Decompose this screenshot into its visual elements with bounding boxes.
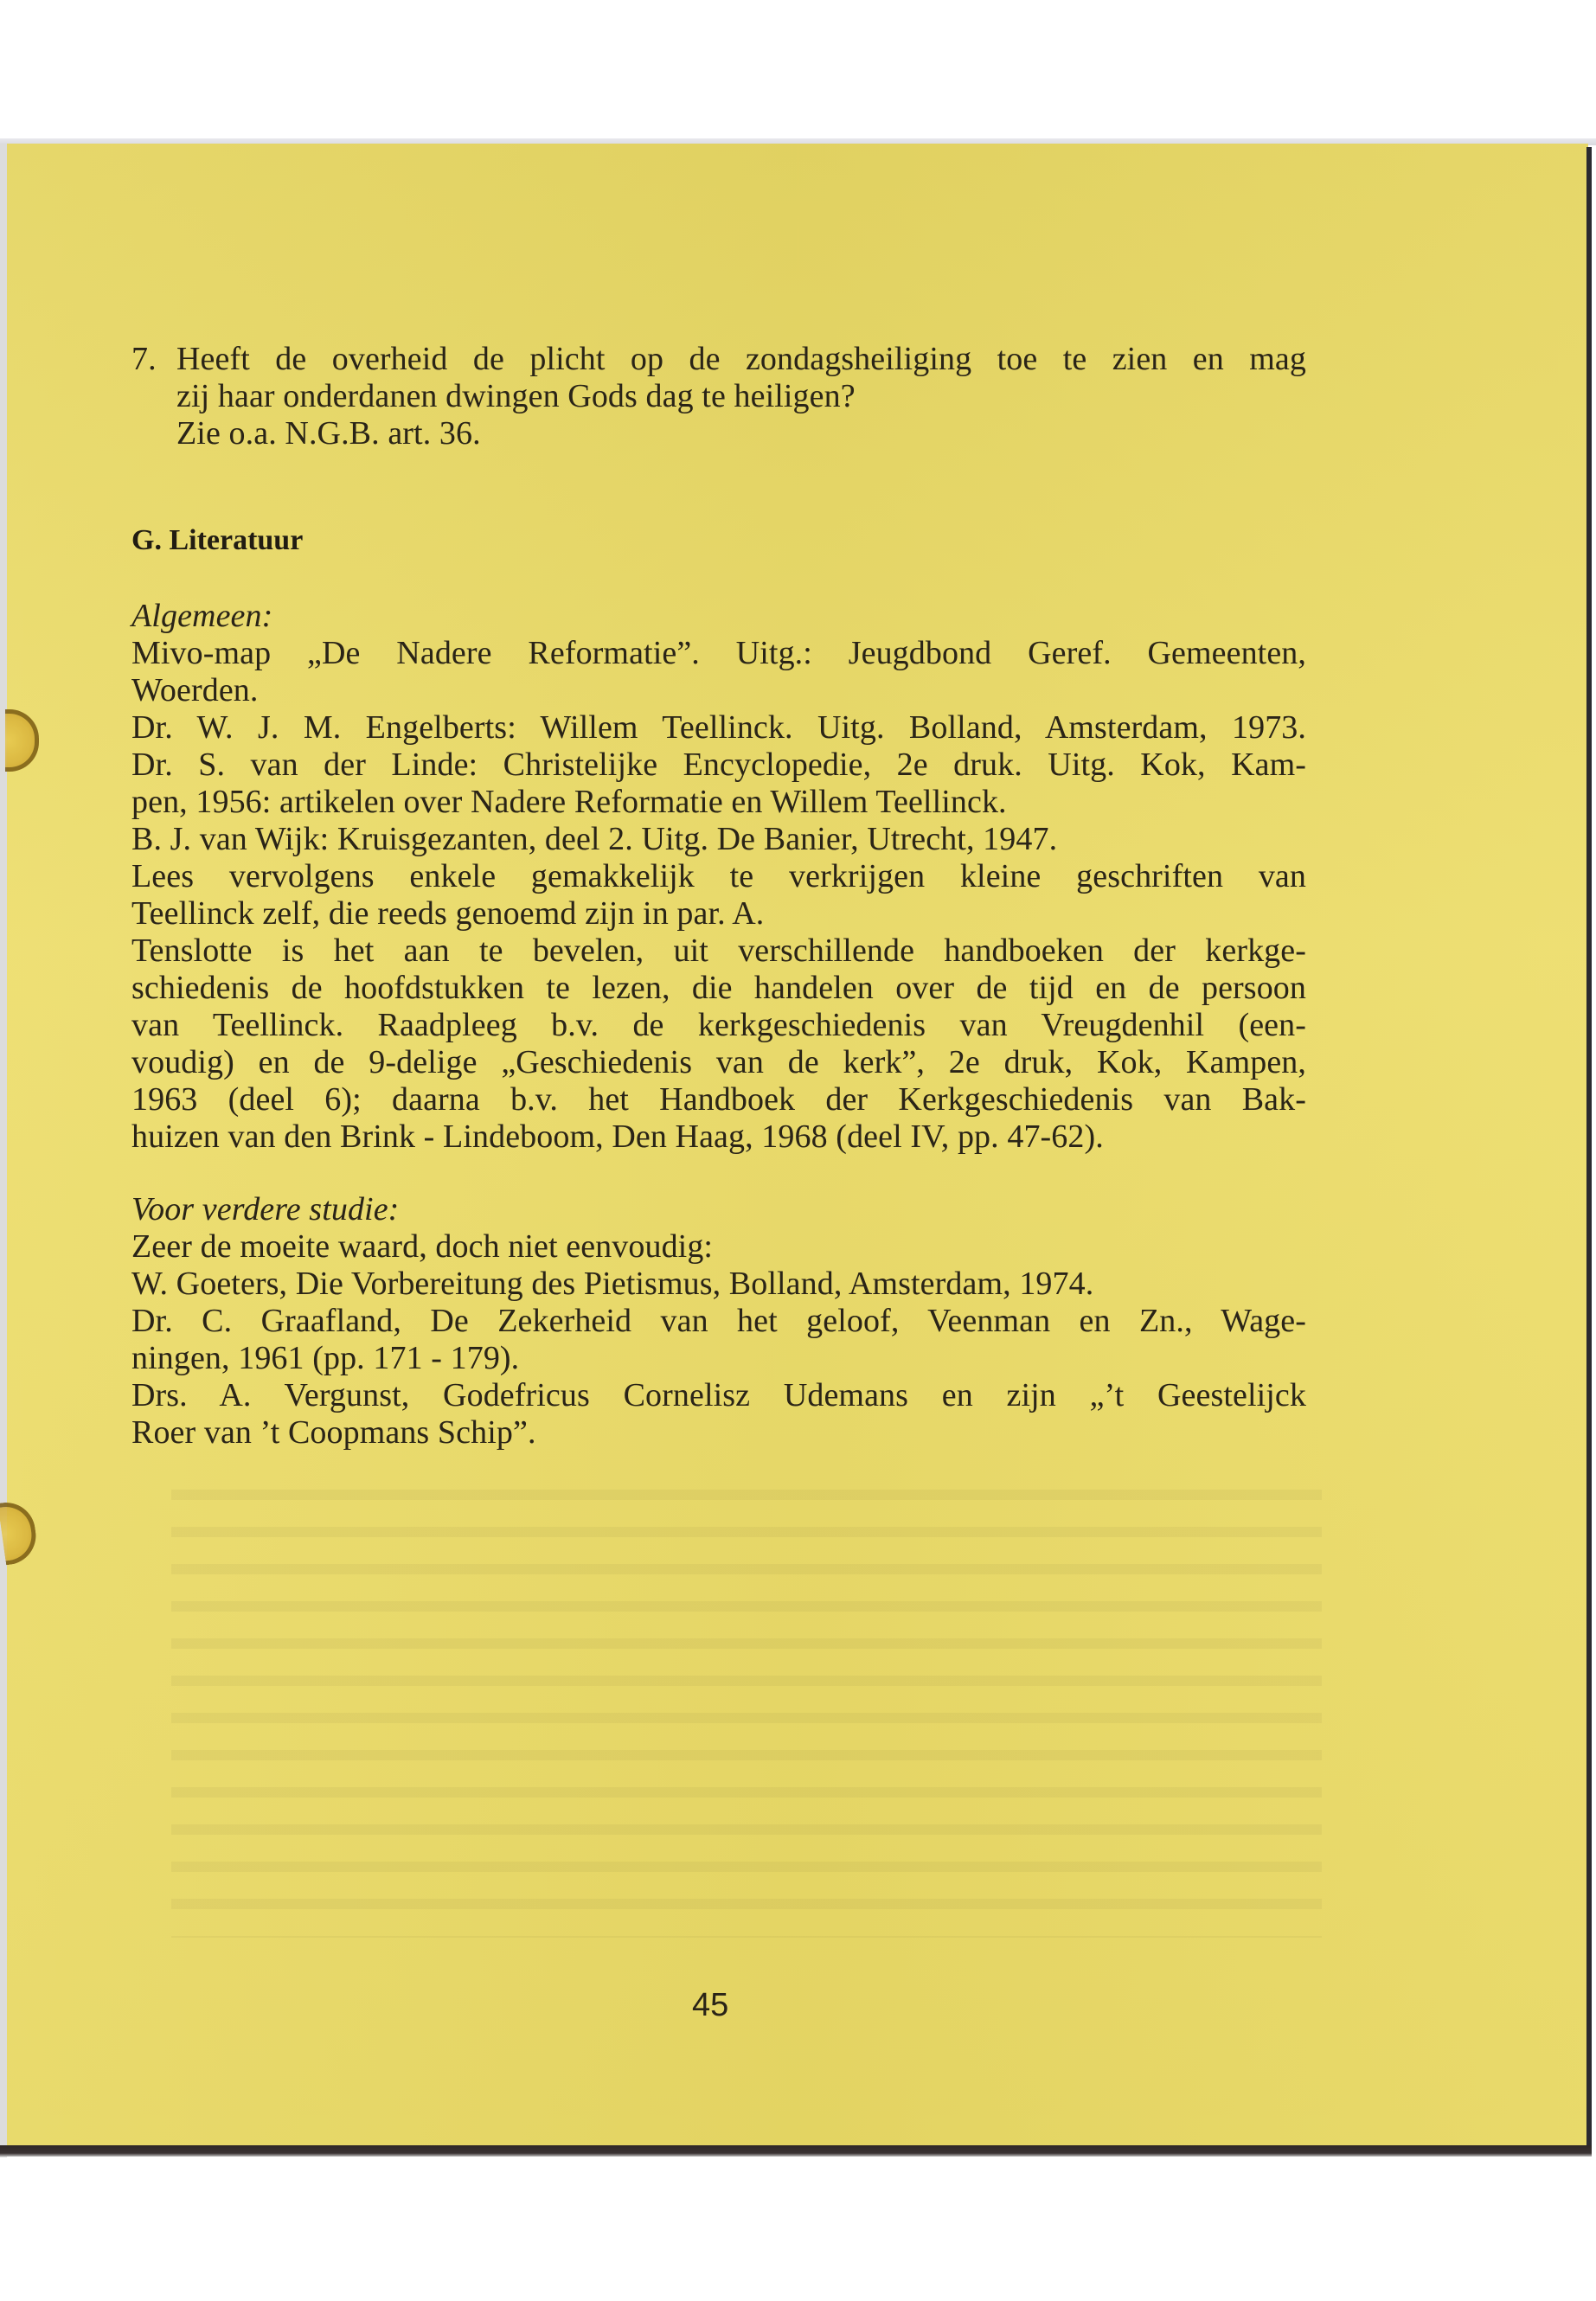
page-right-border bbox=[1586, 147, 1592, 2156]
question-number: 7. bbox=[131, 341, 157, 378]
reference-line: ningen, 1961 (pp. 171 - 179). bbox=[131, 1340, 1306, 1377]
bleed-through-text bbox=[171, 1471, 1322, 1938]
reference-line: Tenslotte is het aan te bevelen, uit ver… bbox=[131, 933, 1306, 970]
subheading-verdere-studie: Voor verdere studie: bbox=[131, 1191, 1306, 1228]
reference-line: schiedenis de hoofdstukken te lezen, die… bbox=[131, 970, 1306, 1007]
reference-line: W. Goeters, Die Vorbereitung des Pietism… bbox=[131, 1266, 1306, 1303]
reference-line: Teellinck zelf, die reeds genoemd zijn i… bbox=[131, 895, 1306, 933]
page-left-edge bbox=[0, 144, 7, 2157]
question-line: Heeft de overheid de plicht op de zondag… bbox=[176, 341, 1306, 378]
section-heading: G. Literatuur bbox=[131, 523, 303, 558]
question-line: zij haar onderdanen dwingen Gods dag te … bbox=[176, 378, 1306, 415]
reference-line: Drs. A. Vergunst, Godefricus Cornelisz U… bbox=[131, 1377, 1306, 1414]
reference-line: pen, 1956: artikelen over Nadere Reforma… bbox=[131, 784, 1306, 821]
reference-line: Dr. C. Graafland, De Zekerheid van het g… bbox=[131, 1303, 1306, 1340]
question-reference: Zie o.a. N.G.B. art. 36. bbox=[176, 415, 1306, 452]
reference-line: 1963 (deel 6); daarna b.v. het Handboek … bbox=[131, 1081, 1306, 1118]
reference-line: Zeer de moeite waard, doch niet eenvoudi… bbox=[131, 1228, 1306, 1266]
subheading-algemeen: Algemeen: bbox=[131, 598, 1306, 635]
reference-line: van Teellinck. Raadpleeg b.v. de kerkges… bbox=[131, 1007, 1306, 1044]
reference-line: Mivo-map „De Nadere Reformatie”. Uitg.: … bbox=[131, 635, 1306, 672]
reference-line: voudig) en de 9-delige „Geschiedenis van… bbox=[131, 1044, 1306, 1081]
reference-line: Dr. W. J. M. Engelberts: Willem Teellinc… bbox=[131, 709, 1306, 747]
page-bottom-border bbox=[0, 2145, 1592, 2157]
reference-line: Lees vervolgens enkele gemakkelijk te ve… bbox=[131, 858, 1306, 895]
reference-line: Dr. S. van der Linde: Christelijke Encyc… bbox=[131, 747, 1306, 784]
reference-line: Woerden. bbox=[131, 672, 1306, 709]
reference-line: B. J. van Wijk: Kruisgezanten, deel 2. U… bbox=[131, 821, 1306, 858]
page-number: 45 bbox=[692, 1987, 728, 2024]
reference-line: Roer van ’t Coopmans Schip”. bbox=[131, 1414, 1306, 1452]
reference-line: huizen van den Brink - Lindeboom, Den Ha… bbox=[131, 1118, 1306, 1156]
